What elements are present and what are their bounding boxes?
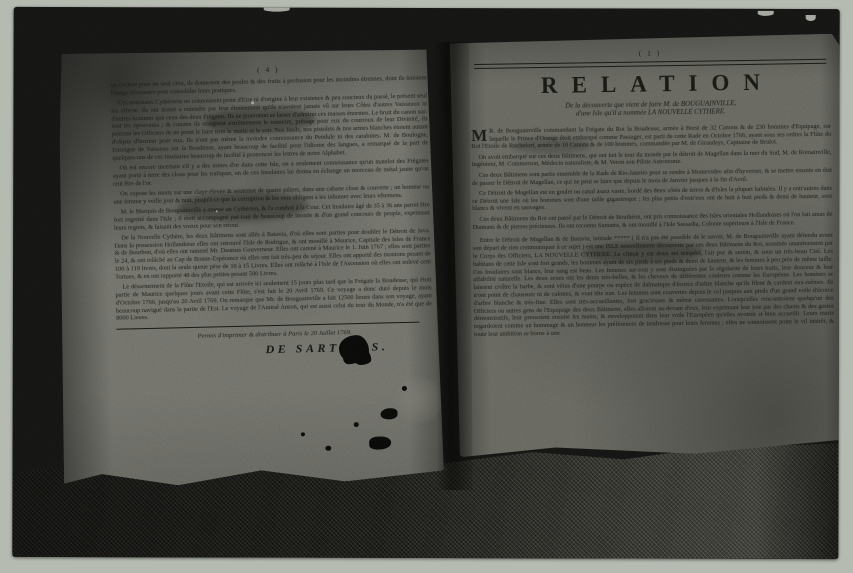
photo-edge-chip bbox=[758, 11, 774, 16]
archival-photograph: ( 4 ) un cochon pour un seul clou, ils d… bbox=[12, 7, 839, 559]
paragraph: Le désarmement de la Flûte l'Etoile, qui… bbox=[115, 276, 432, 322]
document-spread: ( 4 ) un cochon pour un seul clou, ils d… bbox=[45, 33, 840, 507]
ink-spot bbox=[354, 422, 359, 427]
photo-mount-card: ( 4 ) un cochon pour un seul clou, ils d… bbox=[0, 0, 853, 573]
ink-blot bbox=[369, 436, 391, 450]
ink-spot bbox=[301, 432, 305, 436]
paragraph: Ces deux Bâtimens sont partis ensemble d… bbox=[472, 166, 832, 187]
photo-edge-chip bbox=[264, 8, 290, 12]
paper-speck bbox=[216, 210, 218, 212]
sartines-signature: DE SARTINES. bbox=[227, 339, 427, 359]
paragraph: Ces deux Bâtimens du Roi ont passé par l… bbox=[472, 210, 832, 231]
relation-title: RELATION bbox=[470, 68, 830, 99]
photo-edge-chip bbox=[806, 15, 816, 21]
right-page-text: MR. de Bouguainville commandant la Fréga… bbox=[471, 123, 834, 339]
right-page-number: ( 1 ) bbox=[470, 46, 830, 60]
left-page: ( 4 ) un cochon pour un seul clou, ils d… bbox=[54, 45, 444, 488]
center-fold-shadow bbox=[433, 42, 473, 490]
title-double-rule bbox=[474, 59, 826, 69]
paper-speck bbox=[251, 101, 254, 104]
paragraph: De la Nouvelle Cythère, les deux Bâtimen… bbox=[114, 227, 431, 281]
subtitle: De la découverte que vient de faire M. d… bbox=[471, 98, 831, 121]
ink-blot-large bbox=[339, 335, 370, 363]
ink-spot bbox=[325, 446, 331, 451]
ink-spot bbox=[402, 386, 407, 391]
ink-blot bbox=[380, 408, 397, 419]
right-page: ( 1 ) RELATION De la découverte que vien… bbox=[450, 33, 840, 457]
paragraph: Ce Détroit de Magellan est un goulet ou … bbox=[472, 185, 832, 214]
